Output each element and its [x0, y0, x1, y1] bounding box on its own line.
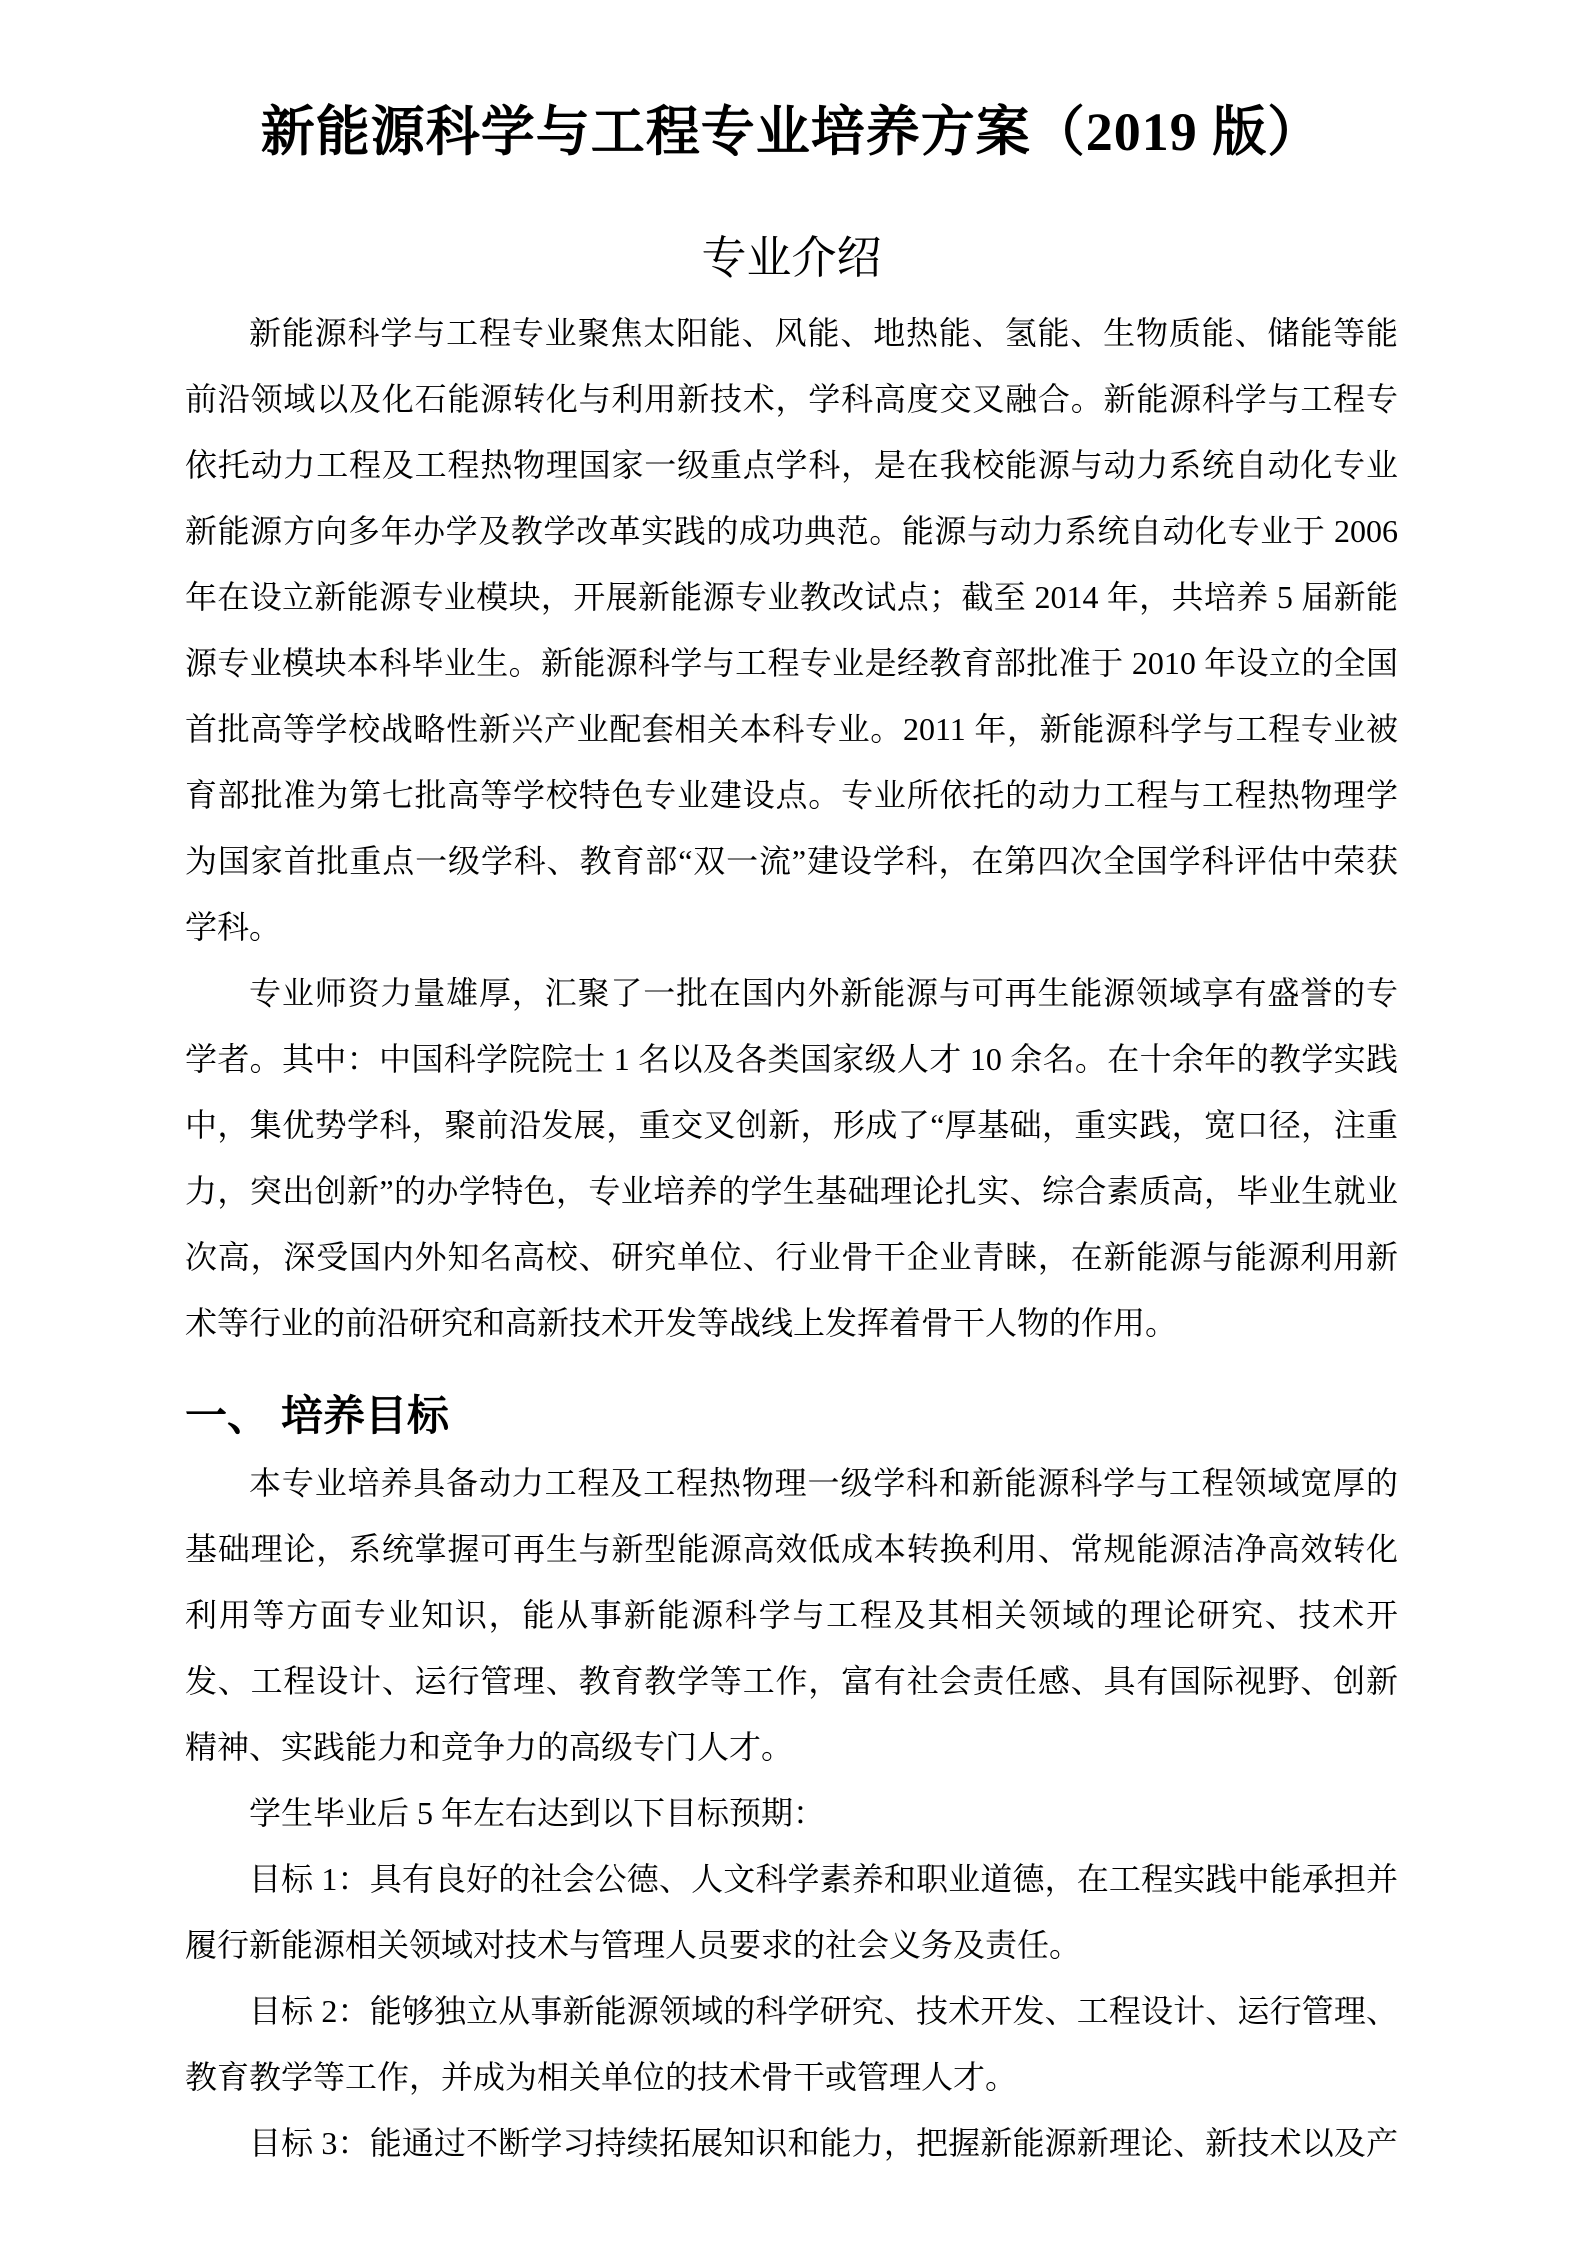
text-line: 本专业培养具备动力工程及工程热物理一级学科和新能源科学与工程领域宽厚的: [185, 1450, 1398, 1516]
text-line: 学生毕业后 5 年左右达到以下目标预期：: [185, 1780, 1398, 1846]
text-column: 新能源科学与工程专业培养方案（2019 版） 专业介绍 新能源科学与工程专业聚焦…: [185, 100, 1398, 2176]
text-line: 首批高等学校战略性新兴产业配套相关本科专业。2011 年，新能源科学与工程专业被…: [185, 696, 1398, 762]
text-line: 前沿领域以及化石能源转化与利用新技术，学科高度交叉融合。新能源科学与工程专业: [185, 366, 1398, 432]
text-line: 教育教学等工作，并成为相关单位的技术骨干或管理人才。: [185, 2044, 1398, 2110]
text-line: 目标 3：能通过不断学习持续拓展知识和能力，把握新能源新理论、新技术以及产: [185, 2110, 1398, 2176]
text-line: 专业师资力量雄厚，汇聚了一批在国内外新能源与可再生能源领域享有盛誉的专家: [185, 960, 1398, 1026]
goals-expectation-line: 学生毕业后 5 年左右达到以下目标预期：: [185, 1780, 1398, 1846]
text-line: 次高，深受国内外知名高校、研究单位、行业骨干企业青睐，在新能源与能源利用新技: [185, 1224, 1398, 1290]
text-line: 利用等方面专业知识，能从事新能源科学与工程及其相关领域的理论研究、技术开: [185, 1582, 1398, 1648]
document-page: 新能源科学与工程专业培养方案（2019 版） 专业介绍 新能源科学与工程专业聚焦…: [0, 0, 1588, 2245]
section-number: 一、: [185, 1392, 269, 1439]
text-line: 年在设立新能源专业模块，开展新能源专业教改试点；截至 2014 年，共培养 5 …: [185, 564, 1398, 630]
text-line: 履行新能源相关领域对技术与管理人员要求的社会义务及责任。: [185, 1912, 1398, 1978]
section-title-text: 培养目标: [281, 1392, 449, 1439]
text-line: 中，集优势学科，聚前沿发展，重交叉创新，形成了“厚基础，重实践，宽口径，注重能: [185, 1092, 1398, 1158]
text-line: 学者。其中：中国科学院院士 1 名以及各类国家级人才 10 余名。在十余年的教学…: [185, 1026, 1398, 1092]
intro-paragraph-1: 新能源科学与工程专业聚焦太阳能、风能、地热能、氢能、生物质能、储能等能源前沿领域…: [185, 300, 1398, 960]
text-line: 目标 2：能够独立从事新能源领域的科学研究、技术开发、工程设计、运行管理、: [185, 1978, 1398, 2044]
section-heading-intro: 专业介绍: [185, 230, 1398, 286]
document-title: 新能源科学与工程专业培养方案（2019 版）: [185, 100, 1398, 164]
text-line: 基础理论，系统掌握可再生与新型能源高效低成本转换利用、常规能源洁净高效转化: [185, 1516, 1398, 1582]
goal-objective-1: 目标 1：具有良好的社会公德、人文科学素养和职业道德，在工程实践中能承担并履行新…: [185, 1846, 1398, 1978]
text-line: 育部批准为第七批高等学校特色专业建设点。专业所依托的动力工程与工程热物理学科: [185, 762, 1398, 828]
text-line: 目标 1：具有良好的社会公德、人文科学素养和职业道德，在工程实践中能承担并: [185, 1846, 1398, 1912]
text-line: 精神、实践能力和竞争力的高级专门人才。: [185, 1714, 1398, 1780]
goals-paragraph-1: 本专业培养具备动力工程及工程热物理一级学科和新能源科学与工程领域宽厚的基础理论，…: [185, 1450, 1398, 1780]
text-line: 源专业模块本科毕业生。新能源科学与工程专业是经教育部批准于 2010 年设立的全…: [185, 630, 1398, 696]
text-line: 新能源方向多年办学及教学改革实践的成功典范。能源与动力系统自动化专业于 2006: [185, 498, 1398, 564]
text-line: 为国家首批重点一级学科、教育部“双一流”建设学科，在第四次全国学科评估中荣获 A…: [185, 828, 1398, 894]
goal-objective-3: 目标 3：能通过不断学习持续拓展知识和能力，把握新能源新理论、新技术以及产: [185, 2110, 1398, 2176]
text-line: 新能源科学与工程专业聚焦太阳能、风能、地热能、氢能、生物质能、储能等能源: [185, 300, 1398, 366]
text-line: 力，突出创新”的办学特色，专业培养的学生基础理论扎实、综合素质高，毕业生就业层: [185, 1158, 1398, 1224]
text-line: 学科。: [185, 894, 1398, 960]
intro-paragraph-2: 专业师资力量雄厚，汇聚了一批在国内外新能源与可再生能源领域享有盛誉的专家学者。其…: [185, 960, 1398, 1356]
text-line: 发、工程设计、运行管理、教育教学等工作，富有社会责任感、具有国际视野、创新: [185, 1648, 1398, 1714]
section-heading-goals: 一、培养目标: [185, 1388, 1398, 1444]
goal-objective-2: 目标 2：能够独立从事新能源领域的科学研究、技术开发、工程设计、运行管理、教育教…: [185, 1978, 1398, 2110]
text-line: 术等行业的前沿研究和高新技术开发等战线上发挥着骨干人物的作用。: [185, 1290, 1398, 1356]
text-line: 依托动力工程及工程热物理国家一级重点学科，是在我校能源与动力系统自动化专业在: [185, 432, 1398, 498]
